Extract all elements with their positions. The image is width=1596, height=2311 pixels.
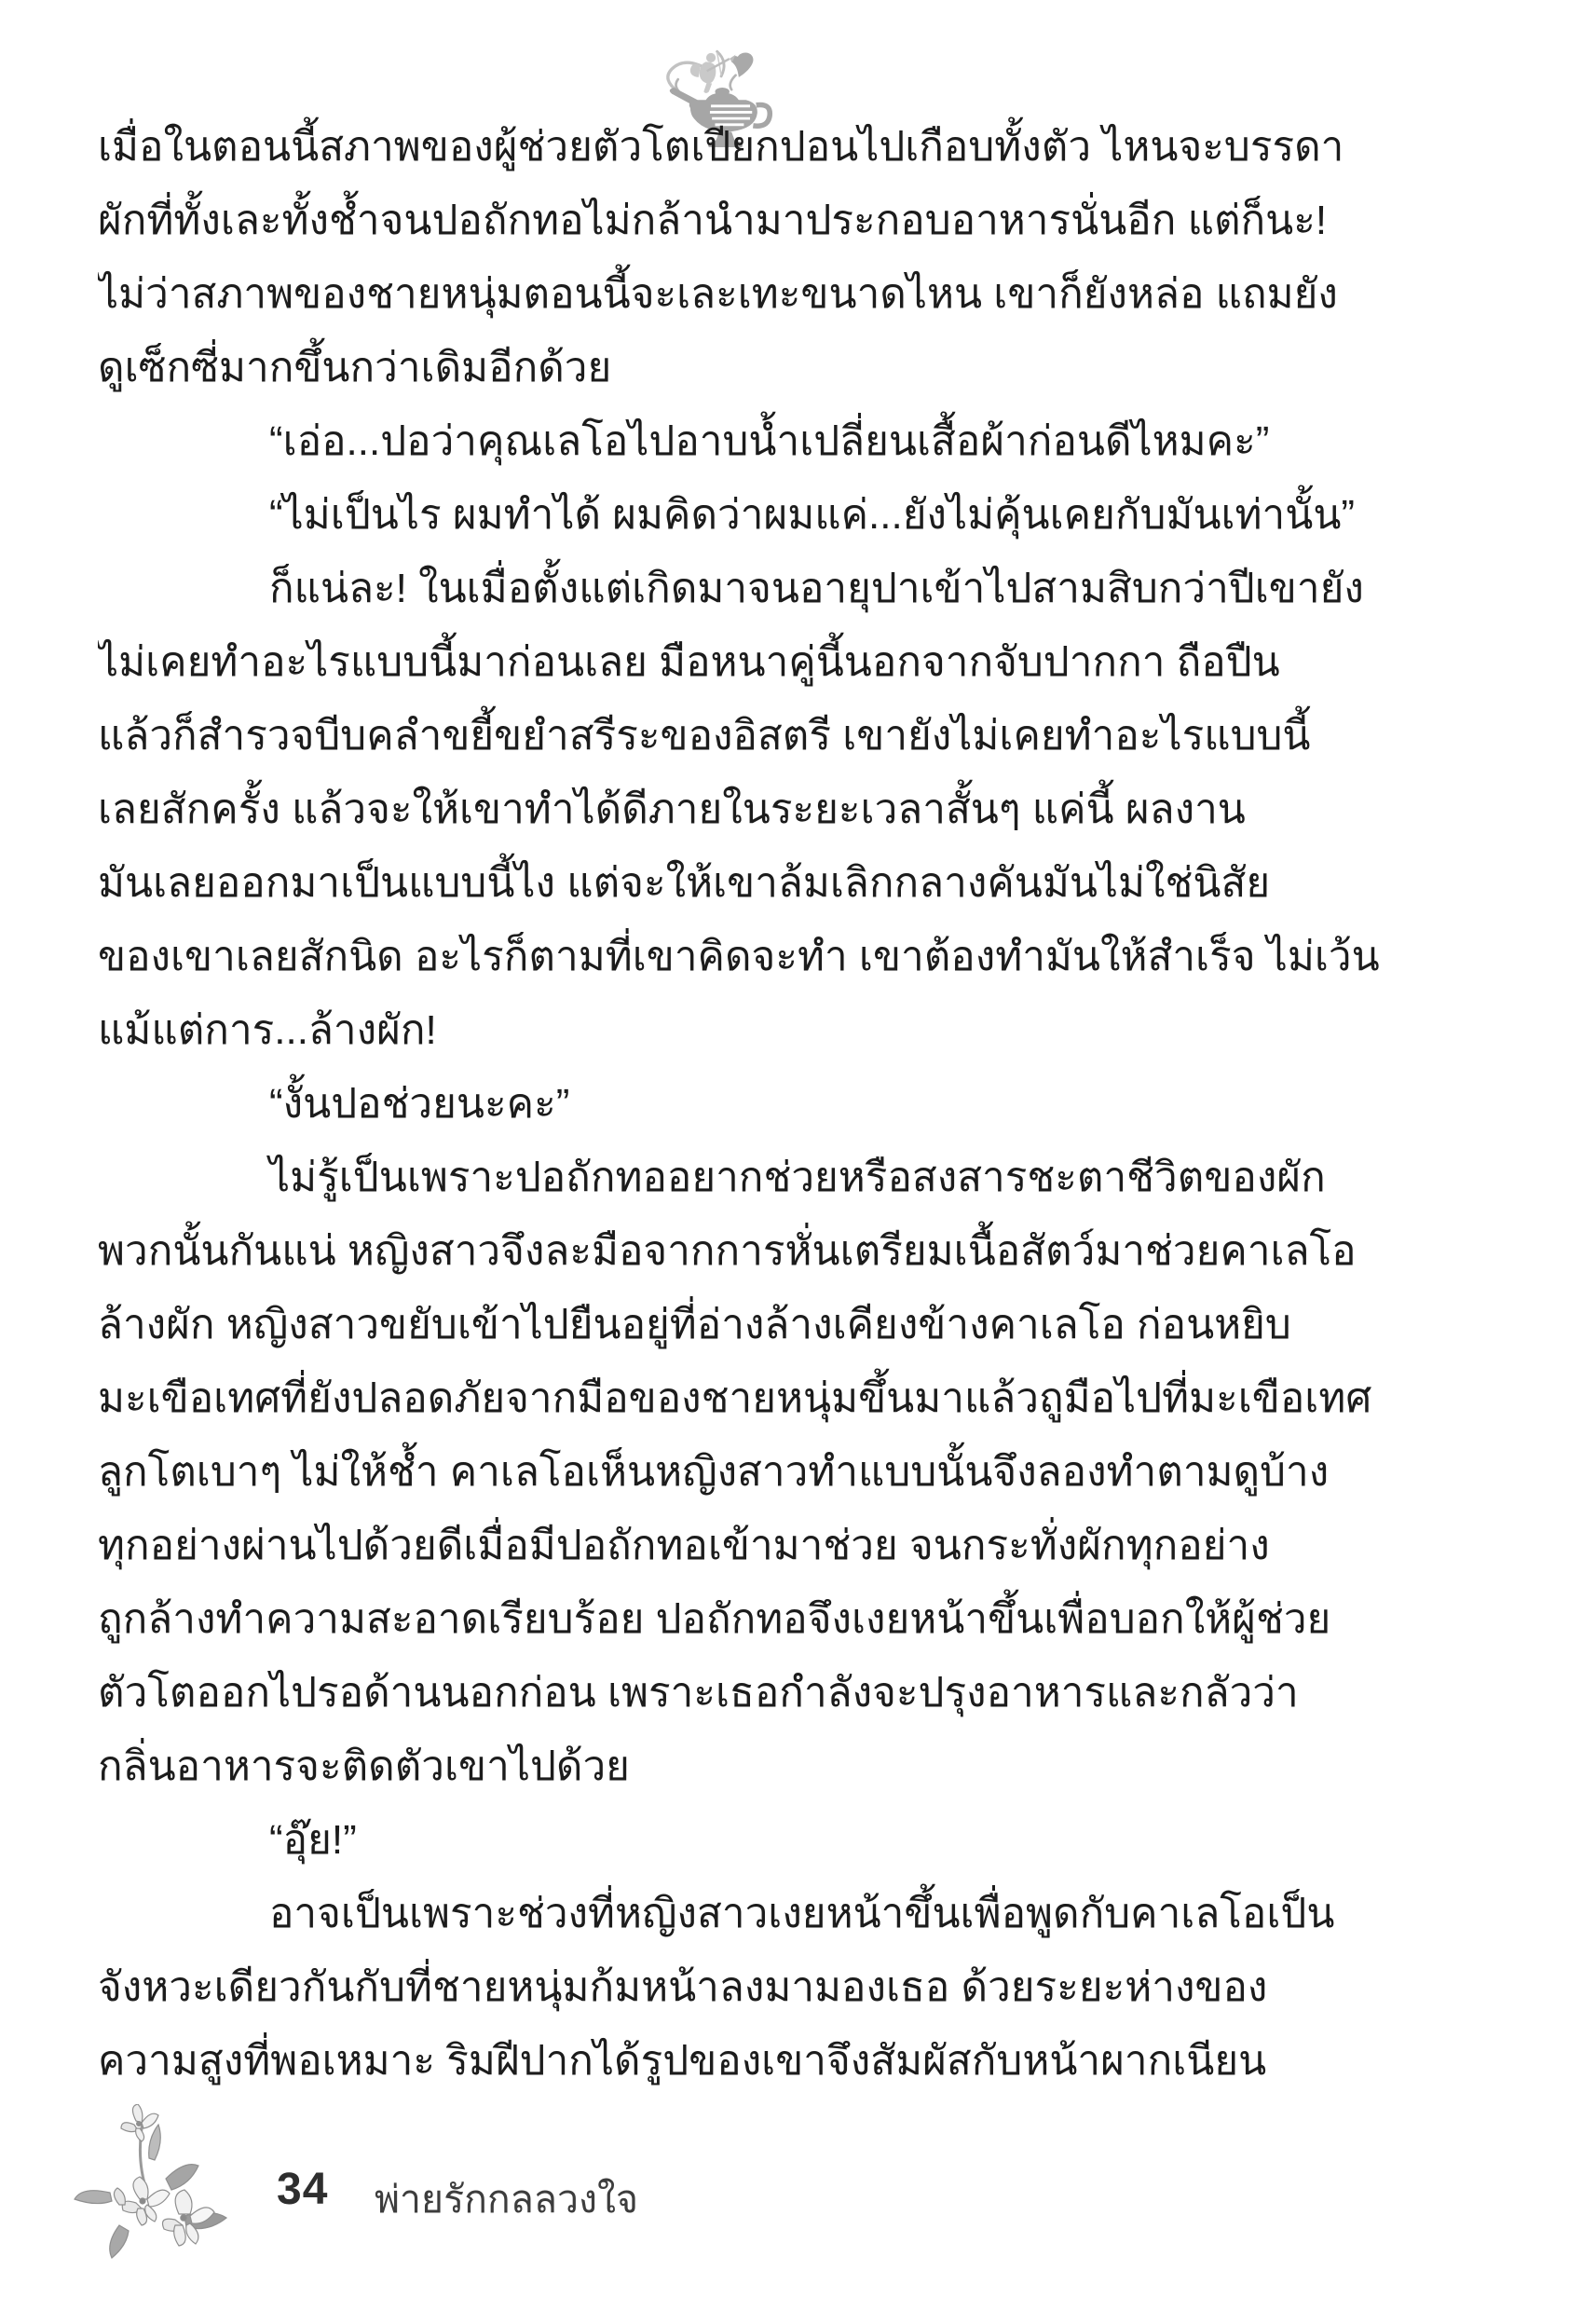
text-line: ไม่เคยทำอะไรแบบนี้มาก่อนเลย มือหนาคู่นี้… <box>98 625 1507 699</box>
text-line: พวกนั้นกันแน่ หญิงสาวจึงละมือจากการหั่นเ… <box>98 1214 1507 1288</box>
text-line: มันเลยออกมาเป็นแบบนี้ไง แต่จะให้เขาล้มเล… <box>98 846 1507 920</box>
body-text: เมื่อในตอนนี้สภาพของผู้ช่วยตัวโตเปียกปอน… <box>98 110 1507 2104</box>
text-line: ความสูงที่พอเหมาะ ริมฝีปากได้รูปของเขาจึ… <box>98 2024 1507 2098</box>
text-line: ลูกโตเบาๆ ไม่ให้ช้ำ คาเลโอเห็นหญิงสาวทำแ… <box>98 1435 1507 1509</box>
text-line: ทุกอย่างผ่านไปด้วยดีเมื่อมีปอถักทอเข้ามา… <box>98 1509 1507 1582</box>
text-line: ตัวโตออกไปรอด้านนอกก่อน เพราะเธอกำลังจะป… <box>98 1656 1507 1730</box>
text-line: จังหวะเดียวกันกับที่ชายหนุ่มก้มหน้าลงมาม… <box>98 1950 1507 2024</box>
text-line: ไม่ว่าสภาพของชายหนุ่มตอนนี้จะเละเทะขนาดไ… <box>98 257 1507 331</box>
text-line: ของเขาเลยสักนิด อะไรก็ตามที่เขาคิดจะทำ เ… <box>98 920 1507 993</box>
text-line: ถูกล้างทำความสะอาดเรียบร้อย ปอถักทอจึงเง… <box>98 1582 1507 1656</box>
text-line: ล้างผัก หญิงสาวขยับเข้าไปยืนอยู่ที่อ่างล… <box>98 1288 1507 1361</box>
text-line: “ไม่เป็นไร ผมทำได้ ผมคิดว่าผมแค่...ยังไม… <box>98 478 1507 552</box>
text-line: แล้วก็สำรวจบีบคลำขยี้ขยำสรีระของอิสตรี เ… <box>98 699 1507 773</box>
text-line: เลยสักครั้ง แล้วจะให้เขาทำได้ดีภายในระยะ… <box>98 773 1507 846</box>
text-line: ดูเซ็กซี่มากขึ้นกว่าเดิมอีกด้วย <box>98 331 1507 404</box>
text-line: ก็แน่ละ! ในเมื่อตั้งแต่เกิดมาจนอายุปาเข้… <box>98 552 1507 625</box>
text-line: “อุ๊ย!” <box>98 1803 1507 1877</box>
text-line: แม้แต่การ...ล้างผัก! <box>98 993 1507 1067</box>
text-line: ไม่รู้เป็นเพราะปอถักทออยากช่วยหรือสงสารช… <box>98 1141 1507 1214</box>
book-title: พ่ายรักกลลวงใจ <box>375 2169 638 2230</box>
lily-bouquet-ornament-icon <box>54 2104 254 2281</box>
text-line: ผักที่ทั้งเละทั้งช้ำจนปอถักทอไม่กล้านำมา… <box>98 184 1507 257</box>
page-number: 34 <box>277 2164 328 2215</box>
page-footer: 34 พ่ายรักกลลวงใจ <box>0 2097 1596 2283</box>
text-line: กลิ่นอาหารจะติดตัวเขาไปด้วย <box>98 1730 1507 1803</box>
text-line: “เอ่อ...ปอว่าคุณเลโอไปอาบน้ำเปลี่ยนเสื้อ… <box>98 404 1507 478</box>
text-line: อาจเป็นเพราะช่วงที่หญิงสาวเงยหน้าขึ้นเพื… <box>98 1877 1507 1950</box>
lily-flowers-icon <box>54 2104 254 2281</box>
text-line: เมื่อในตอนนี้สภาพของผู้ช่วยตัวโตเปียกปอน… <box>98 110 1507 184</box>
book-page: เมื่อในตอนนี้สภาพของผู้ช่วยตัวโตเปียกปอน… <box>0 0 1596 2311</box>
text-line: มะเขือเทศที่ยังปลอดภัยจากมือของชายหนุ่มข… <box>98 1361 1507 1435</box>
text-line: “งั้นปอช่วยนะคะ” <box>98 1067 1507 1141</box>
